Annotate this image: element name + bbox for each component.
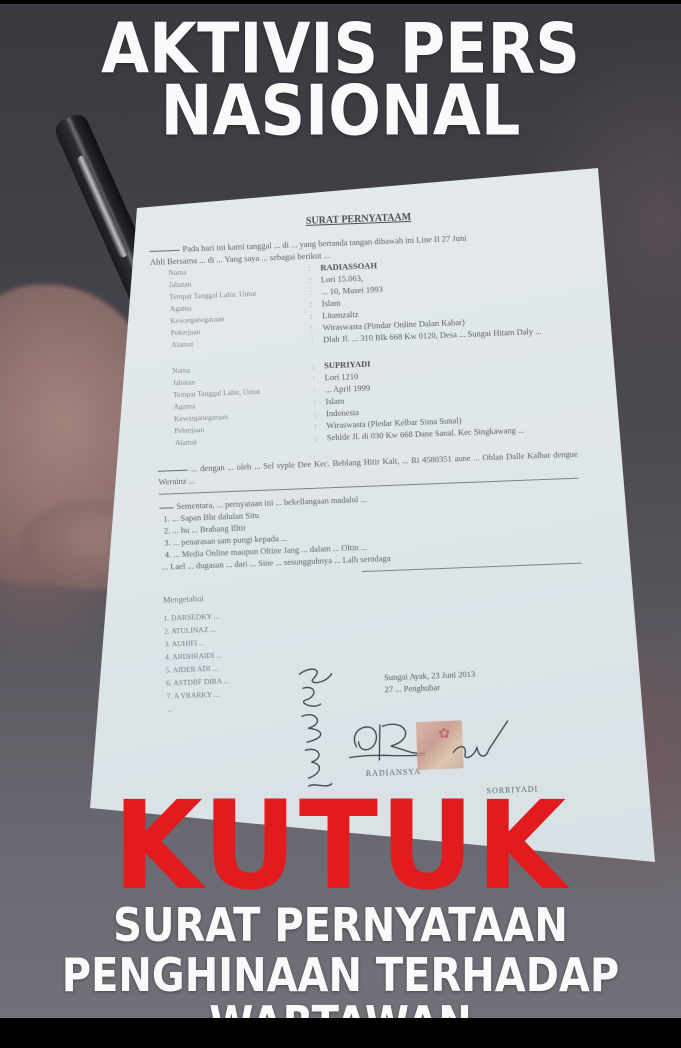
subheadline-line-2: PENGHINAAN TERHADAP <box>0 948 681 1003</box>
divider <box>362 563 582 572</box>
party1-fields: Nama:RADIASSOAH Jabatan:Lori 15.063, Tem… <box>168 252 573 351</box>
signature-2-icon <box>448 716 520 769</box>
top-letterbox <box>0 0 681 4</box>
subheadline-line-1: SURAT PERNYATAAN <box>0 898 681 953</box>
poster: SURAT PERNYATAAM Pada hari ini kami tang… <box>0 0 681 1048</box>
place-date: Sungai Ayak, 23 Juni 2013 27 ... Penghub… <box>384 668 476 695</box>
witness-list: 1. DARSEDKY ... 2. ATULINAZ ... 3. AUHIF… <box>163 596 587 716</box>
main-word: KUTUK <box>0 789 681 905</box>
headline-line-2: NASIONAL <box>0 74 681 148</box>
bottom-letterbox <box>0 1018 681 1048</box>
document-content: SURAT PERNYATAAM Pada hari ini kami tang… <box>148 194 587 716</box>
party2-fields: Nama:SUPRIYADI Jabatan:Lori 1210 Tempat … <box>172 350 577 449</box>
pen-clip <box>76 154 130 259</box>
